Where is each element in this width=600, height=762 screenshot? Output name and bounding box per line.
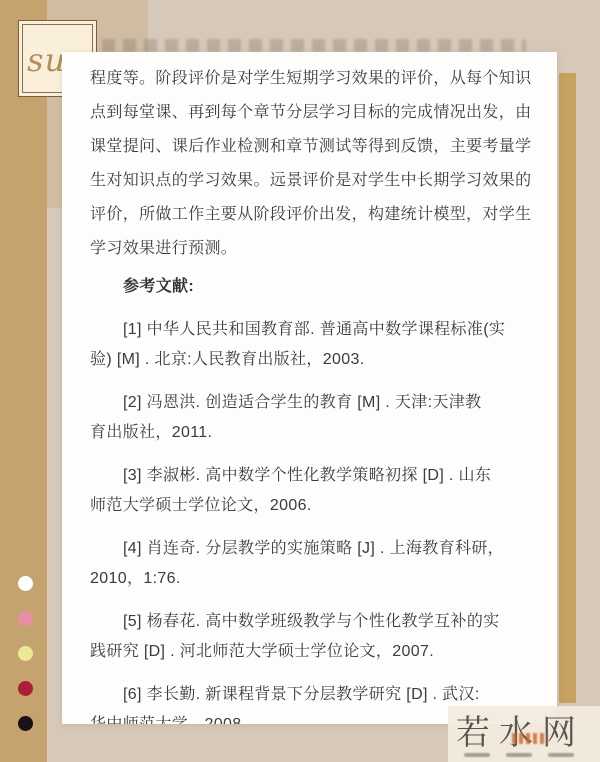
reference-line: [4] 肖连奇. 分层教学的实施策略 [J] . 上海教育科研， [90, 534, 530, 564]
side-dot-black [18, 716, 33, 731]
screenshot-root: { "logo": { "text": "sun" }, "document":… [0, 0, 600, 762]
body-text-line: 评价，所做工作主要从阶段评价出发，构建统计模型，对学生 [90, 198, 530, 232]
reference-line: [3] 李淑彬. 高中数学个性化教学策略初探 [D] . 山东 [90, 461, 530, 491]
body-text-line: 点到每堂课、再到每个章节分层学习目标的完成情况出发，由 [90, 96, 530, 130]
reference-item: [4] 肖连奇. 分层教学的实施策略 [J] . 上海教育科研， 2010，1:… [90, 534, 530, 594]
reference-item: [5] 杨春花. 高中数学班级教学与个性化教学互补的实 践研究 [D] . 河北… [90, 607, 530, 667]
reference-line: [2] 冯恩洪. 创造适合学生的教育 [M] . 天津:天津教 [90, 388, 530, 418]
document-page: 程度等。阶段评价是对学生短期学习效果的评价，从每个知识 点到每堂课、再到每个章节… [62, 52, 557, 724]
side-dot-crimson [18, 681, 33, 696]
reference-line: [5] 杨春花. 高中数学班级教学与个性化教学互补的实 [90, 607, 530, 637]
side-dot-pink [18, 611, 33, 626]
reference-line: 育出版社，2011. [90, 418, 530, 448]
watermark-caption-smudge [548, 753, 574, 757]
watermark-caption-smudge [506, 753, 532, 757]
body-text-line: 程度等。阶段评价是对学生短期学习效果的评价，从每个知识 [90, 62, 530, 96]
side-dot-white [18, 576, 33, 591]
reference-item: [3] 李淑彬. 高中数学个性化教学策略初探 [D] . 山东 师范大学硕士学位… [90, 461, 530, 521]
reference-item: [1] 中华人民共和国教育部. 普通高中数学课程标准(实 验) [M] . 北京… [90, 315, 530, 375]
reference-item: [2] 冯恩洪. 创造适合学生的教育 [M] . 天津:天津教 育出版社，201… [90, 388, 530, 448]
right-accent-strip [559, 73, 576, 703]
side-dot-yellow [18, 646, 33, 661]
watermark-orange-mark [512, 733, 548, 744]
body-text-line: 学习效果进行预测。 [90, 232, 530, 266]
reference-line: 验) [M] . 北京:人民教育出版社，2003. [90, 345, 530, 375]
clipped-text-remnant [102, 39, 526, 52]
reference-line: 2010，1:76. [90, 564, 530, 594]
reference-line: 践研究 [D] . 河北师范大学硕士学位论文，2007. [90, 637, 530, 667]
body-text-line: 课堂提问、课后作业检测和章节测试等得到反馈，主要考量学 [90, 130, 530, 164]
reference-line: [1] 中华人民共和国教育部. 普通高中数学课程标准(实 [90, 315, 530, 345]
site-watermark: 若水网 [448, 706, 600, 762]
references-heading: 参考文献: [90, 272, 530, 302]
body-text-line: 生对知识点的学习效果。远景评价是对学生中长期学习效果的 [90, 164, 530, 198]
reference-line: 师范大学硕士学位论文，2006. [90, 491, 530, 521]
watermark-caption-smudge [464, 753, 490, 757]
